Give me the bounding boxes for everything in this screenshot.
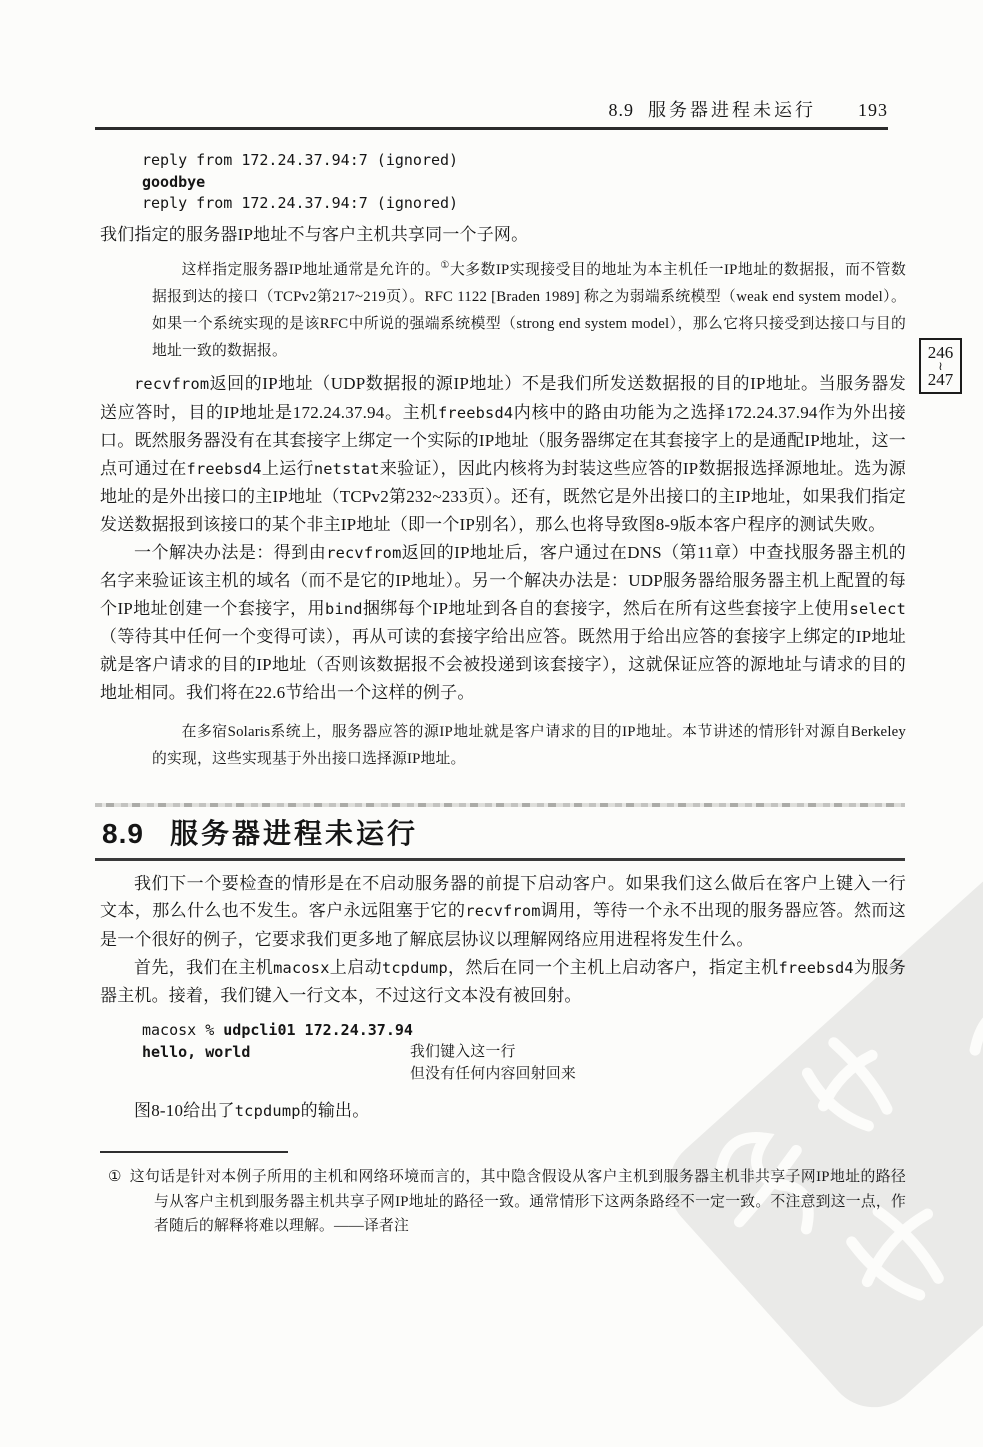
- paragraph-first-tcpdump: 首先，我们在主机macosx上启动tcpdump，然后在同一个主机上启动客户，指…: [100, 954, 906, 1010]
- footnote-marker: ①: [108, 1169, 122, 1185]
- small-note-solaris: 在多宿Solaris系统上，服务器应答的源IP地址就是客户请求的目的IP地址。本…: [152, 719, 906, 773]
- session-blank: [142, 1063, 410, 1085]
- section-title: 服务器进程未运行: [170, 812, 418, 852]
- text-segment: 的输出。: [301, 1101, 370, 1120]
- paragraph-solutions: 一个解决办法是：得到由recvfrom返回的IP地址后，客户通过在DNS（第11…: [100, 539, 906, 707]
- text-segment: hello, world: [142, 1043, 250, 1061]
- section-heading-top-band: [95, 803, 905, 807]
- text-segment: 一个解决办法是：得到由: [134, 543, 326, 562]
- text-segment: （等待其中任何一个变得可读），再从可读的套接字给出应答。既然用于给出应答的套接字…: [100, 627, 906, 701]
- text-segment: reply from 172.24.37.94:7 (ignored): [142, 194, 458, 212]
- inline-code: freebsd4: [187, 460, 262, 478]
- margin-page-bottom: 247: [928, 371, 954, 388]
- text-segment: udpcli01 172.24.37.94: [223, 1021, 413, 1039]
- inline-code: macosx: [273, 959, 329, 977]
- footnote-body: ①这句话是针对本例子所用的主机和网络环境而言的，其中隐含假设从客户主机到服务器主…: [154, 1165, 906, 1239]
- inline-code: freebsd4: [438, 404, 513, 422]
- inline-code: tcpdump: [382, 959, 448, 977]
- section-heading: 8.9 服务器进程未运行: [100, 807, 906, 858]
- section-heading-block: 8.9 服务器进程未运行: [100, 803, 906, 861]
- inline-code: bind: [325, 600, 363, 618]
- code-line: reply from 172.24.37.94:7 (ignored): [142, 193, 906, 215]
- paragraph-next-check: 我们下一个要检查的情形是在不启动服务器的前提下启动客户。如果我们这么做后在客户上…: [100, 870, 906, 954]
- text-segment: 首先，我们在主机: [134, 958, 273, 977]
- text-segment: 图8-10给出了: [134, 1101, 235, 1120]
- code-line: goodbye: [142, 172, 906, 194]
- book-page: PDG 8.9服务器进程未运行193 246 ≀ 247 reply from …: [0, 0, 983, 1447]
- code-line: reply from 172.24.37.94:7 (ignored): [142, 150, 906, 172]
- text-segment: ，然后在同一个主机上启动客户，指定主机: [448, 958, 779, 977]
- section-heading-underline: [95, 858, 905, 861]
- inline-code: netstat: [314, 460, 380, 478]
- text-segment: ①: [440, 260, 450, 271]
- inline-code: select: [850, 600, 906, 618]
- session-row: 但没有任何内容回射回来: [142, 1063, 906, 1085]
- paragraph-recvfrom: recvfrom返回的IP地址（UDP数据报的源IP地址）不是我们所发送数据报的…: [100, 370, 906, 539]
- inline-code: recvfrom: [326, 544, 401, 562]
- client-session-block: macosx % udpcli01 172.24.37.94 hello, wo…: [100, 1019, 906, 1085]
- session-row: macosx % udpcli01 172.24.37.94: [142, 1019, 906, 1041]
- inline-code: freebsd4: [779, 959, 854, 977]
- session-row: hello, world 我们键入这一行: [142, 1041, 906, 1063]
- paragraph-subnet: 我们指定的服务器IP地址不与客户主机共享同一个子网。: [100, 221, 906, 249]
- terminal-output-block: reply from 172.24.37.94:7 (ignored) good…: [100, 150, 906, 215]
- paragraph-figure-ref: 图8-10给出了tcpdump的输出。: [100, 1097, 906, 1126]
- text-segment: 捆绑每个IP地址到各自的套接字，然后在所有这些套接字上使用: [363, 599, 850, 618]
- text-segment: 在多宿Solaris系统上，服务器应答的源IP地址就是客户请求的目的IP地址。本…: [152, 724, 906, 767]
- page-content: reply from 172.24.37.94:7 (ignored) good…: [100, 0, 906, 1239]
- text-segment: 这样指定服务器IP地址通常是允许的。: [182, 262, 441, 278]
- footnote-text: 这句话是针对本例子所用的主机和网络环境而言的，其中隐含假设从客户主机到服务器主机…: [130, 1169, 906, 1234]
- text-segment: reply from 172.24.37.94:7 (ignored): [142, 151, 458, 169]
- text-segment: macosx %: [142, 1021, 223, 1039]
- text-segment: 我们指定的服务器IP地址不与客户主机共享同一个子网。: [100, 225, 528, 244]
- session-comment: 我们键入这一行: [410, 1041, 516, 1063]
- text-segment: 上启动: [330, 958, 382, 977]
- session-input: hello, world: [142, 1041, 410, 1063]
- margin-page-range-box: 246 ≀ 247: [919, 338, 962, 394]
- session-command: macosx % udpcli01 172.24.37.94: [142, 1019, 410, 1041]
- small-note-weak-end-system: 这样指定服务器IP地址通常是允许的。①大多数IP实现接受目的地址为本主机任一IP…: [152, 257, 906, 365]
- text-segment: 这句话是针对本例子所用的主机和网络环境而言的，其中隐含假设从客户主机到服务器主机…: [130, 1169, 906, 1234]
- text-segment: goodbye: [142, 173, 205, 191]
- session-comment: 但没有任何内容回射回来: [410, 1063, 576, 1085]
- section-number: 8.9: [102, 818, 144, 850]
- footnote-separator: [100, 1151, 288, 1153]
- footnote: ①这句话是针对本例子所用的主机和网络环境而言的，其中隐含假设从客户主机到服务器主…: [100, 1165, 906, 1239]
- inline-code: recvfrom: [465, 902, 540, 920]
- text-segment: 上运行: [262, 459, 314, 478]
- inline-code: recvfrom: [134, 375, 209, 393]
- inline-code: tcpdump: [235, 1102, 301, 1120]
